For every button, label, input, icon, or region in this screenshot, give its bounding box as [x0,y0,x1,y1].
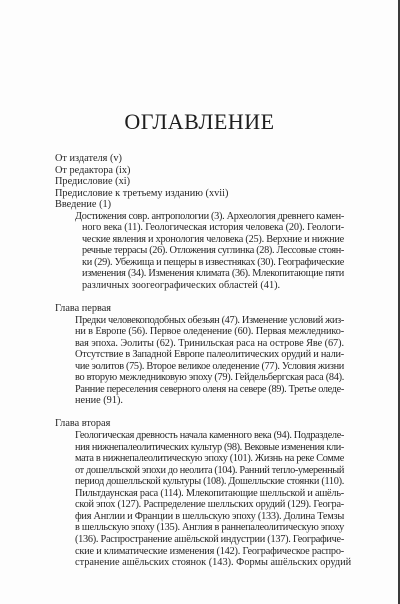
toc-entry-preface: Предисловие (xi) [55,176,344,188]
toc-entry-publisher: От издателя (v) [55,153,344,165]
toc-text-line: мата в нижнепалеолитическую эпоху (101).… [75,453,344,465]
toc-entry-preface-third-edition: Предисловие к третьему изданию (xvii) [55,188,344,200]
toc-text-line: различных зоогеографических областей (41… [75,280,344,292]
toc-text-line: Ранние переселения северного оленя на се… [75,384,344,396]
toc-text-line: Отсутствие в Западной Европе палеолитиче… [75,349,344,361]
toc-text-line: Геологическая древность начала каменного… [75,430,344,442]
toc-text-line: от дошелльской эпохи до неолита (104). Р… [75,465,344,477]
chapter-heading-2: Глава вторая [55,418,344,430]
toc-text-line: ской эпох (127). Распределение шелльских… [75,499,344,511]
toc-text-line: ческие явления и хронология человека (25… [75,234,344,246]
toc-text-line: ного века (11). Геологическая история че… [75,222,344,234]
toc-text-line: в шелльскую эпоху (135). Англия в раннеп… [75,522,344,534]
toc-text-line: во вторую межледниковую эпоху (79). Гейд… [75,372,344,384]
toc-text-line: (136). Распространение ашёльской индустр… [75,534,344,546]
introduction-contents: Достижения совр. антропологии (3). Архео… [55,211,344,292]
toc-text-line: вая эпоха. Эолиты (62). Тринильская раса… [75,338,344,350]
toc-text-line: ния нижнепалеолитических культур (98). В… [75,442,344,454]
toc-text-line: ские и климатические изменения (142). Ге… [75,546,344,558]
book-page: ОГЛАВЛЕНИЕ От издателя (v) От редактора … [55,108,344,569]
toc-text-line: речные террасы (26). Отложения суглинка … [75,245,344,257]
toc-text-line: ни в Европе (56). Первое оледенение (60)… [75,326,344,338]
toc-text-line: изменения (34). Изменения климата (36). … [75,268,344,280]
table-of-contents: От издателя (v) От редактора (ix) Предис… [55,153,344,569]
page-title: ОГЛАВЛЕНИЕ [41,108,358,136]
chapter-heading-1: Глава первая [55,303,344,315]
toc-text-line: нение (91). [75,395,344,407]
toc-text-line: чие эолитов (75). Второе великое оледене… [75,361,344,373]
toc-text-line: Предки человекоподобных обезьян (47). Из… [75,315,344,327]
toc-entry-editor: От редактора (ix) [55,165,344,177]
toc-text-line: странение ашёльских стоянок (143). Формы… [75,557,344,569]
toc-text-line: период дошелльской культуры (108). Дошел… [75,476,344,488]
toc-text-line: фия Англии и Франции в шелльскую эпоху (… [75,511,344,523]
chapter-2-contents: Геологическая древность начала каменного… [55,430,344,569]
toc-text-line: ки (29). Убежища и пещеры в известняках … [75,257,344,269]
toc-entry-introduction: Введение (1) [55,199,344,211]
toc-text-line: Достижения совр. антропологии (3). Архео… [75,211,344,223]
chapter-1-contents: Предки человекоподобных обезьян (47). Из… [55,315,344,407]
toc-text-line: Пильтдаунская раса (114). Млекопитающие … [75,488,344,500]
